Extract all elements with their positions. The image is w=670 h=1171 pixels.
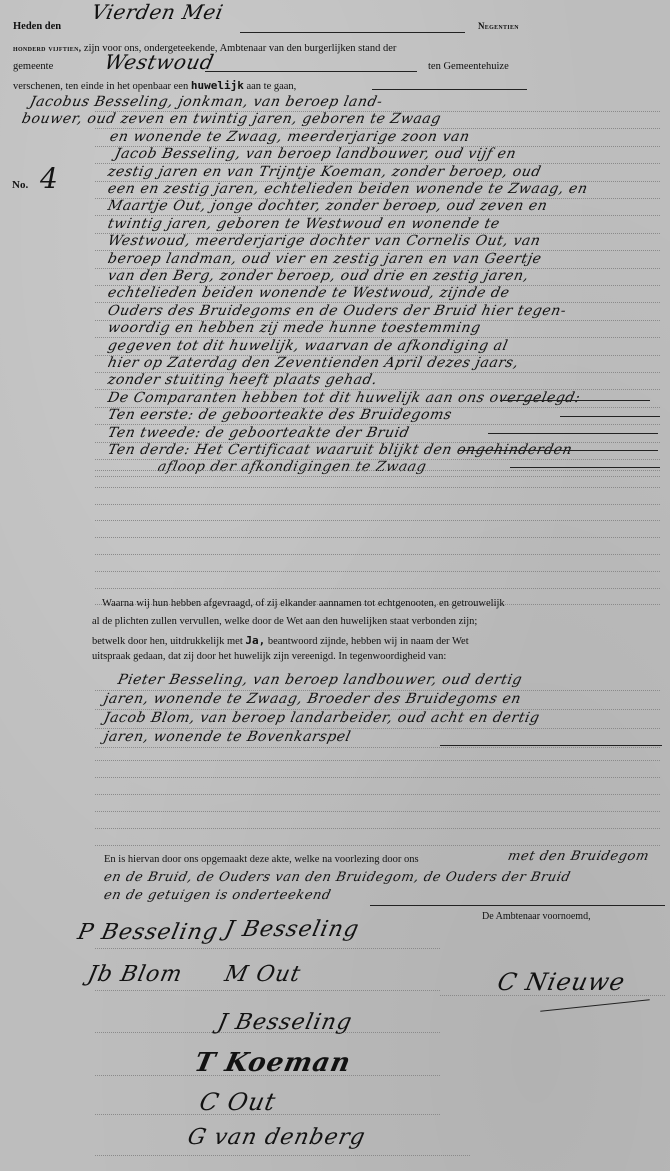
signature-g-van-den-berg: G van denberg [185, 1125, 368, 1150]
ruled-line [95, 777, 660, 778]
ruled-line [95, 811, 660, 812]
fill-line [440, 745, 662, 746]
fill-line [510, 467, 660, 468]
official-signature-flourish [540, 999, 650, 1011]
ruled-line [95, 504, 660, 505]
ruled-line [95, 588, 660, 589]
signature-t-koeman: T Koeman [192, 1048, 354, 1078]
witness-handwritten-line: Pieter Besseling, van beroep landbouwer,… [116, 672, 523, 688]
ruled-line [95, 794, 660, 795]
heden-den-label: Heden den [13, 21, 61, 32]
fill-line [488, 433, 658, 434]
declaration-line-4: uitspraak gedaan, dat zij door het huwel… [92, 651, 446, 662]
gemeente-fill-line [205, 71, 417, 72]
header-line-4: verschenen, ten einde in het openbaar ee… [13, 79, 296, 92]
closing-fill-line [370, 905, 665, 906]
declaration-line-1: Waarna wij hun hebben afgevraagd, of zij… [102, 598, 505, 609]
signature-rule [95, 1155, 470, 1156]
body-handwritten-line: Jacob Besseling, van beroep landbouwer, … [113, 146, 518, 162]
ruled-line [95, 554, 660, 555]
body-handwritten-line: afloop der afkondigingen te Zwaag [156, 459, 428, 475]
record-number-value: 4 [40, 162, 58, 195]
gemeentehuize-label: ten Gemeentehuize [428, 61, 509, 72]
gemeente-handwritten: Westwoud [102, 50, 216, 74]
body-handwritten-line: een en zestig jaren, echtelieden beiden … [106, 181, 589, 197]
signature-c-out: C Out [197, 1088, 279, 1116]
fill-line [458, 450, 658, 451]
signature-m-out: M Out [222, 962, 303, 987]
signature-rule [95, 948, 440, 949]
official-label: De Ambtenaar voornoemd, [482, 911, 591, 922]
closing-printed: En is hiervan door ons opgemaakt deze ak… [104, 854, 419, 865]
body-handwritten-line: beroep landman, oud vier en zestig jaren… [106, 251, 543, 267]
body-handwritten-line: woordig en hebben zij mede hunne toestem… [106, 320, 482, 336]
fill-line [500, 400, 650, 401]
year-label: Negentien [478, 21, 519, 31]
body-handwritten-line: van den Berg, zonder beroep, oud drie en… [106, 268, 530, 284]
signature-j-besseling-2: J Besseling [215, 1010, 354, 1035]
witness-handwritten-line: jaren, wonende te Bovenkarspel [102, 729, 352, 745]
ruled-line [95, 520, 660, 521]
body-handwritten-line: De Comparanten hebben tot dit huwelijk a… [106, 390, 582, 406]
ruled-line [95, 470, 660, 471]
body-handwritten-line: Ten tweede: de geboorteakte der Bruid [106, 425, 411, 441]
body-handwritten-line: echtelieden beiden wonende te Westwoud, … [106, 285, 511, 301]
closing-hand-3: en de getuigen is onderteekend [102, 888, 332, 903]
ruled-line [95, 760, 660, 761]
body-handwritten-line: Ouders des Bruidegoms en de Ouders der B… [106, 303, 568, 319]
body-handwritten-line: Westwoud, meerderjarige dochter van Corn… [106, 233, 542, 249]
body-handwritten-line: Jacobus Besseling, jonkman, van beroep l… [28, 94, 384, 110]
body-handwritten-line: Maartje Out, jonge dochter, zonder beroe… [106, 198, 549, 214]
body-handwritten-line: en wonende te Zwaag, meerderjarige zoon … [108, 129, 471, 145]
body-handwritten-line: bouwer, oud zeven en twintig jaren, gebo… [20, 111, 442, 127]
ruled-line [95, 487, 660, 488]
fill-line [560, 416, 660, 417]
signature-j-besseling: J Besseling [222, 917, 361, 942]
record-number-label: No. [12, 179, 28, 191]
body-handwritten-line: Ten eerste: de geboorteakte des Bruidego… [106, 407, 453, 423]
ruled-line [95, 537, 660, 538]
date-fill-line [240, 32, 465, 33]
marriage-record-page: Heden den Vierden Mei Negentien honderd … [0, 0, 670, 1171]
ruled-line [95, 476, 660, 477]
witness-handwritten-line: Jacob Blom, van beroep landarbeider, oud… [102, 710, 541, 726]
closing-hand-1: met den Bruidegom [506, 849, 650, 864]
body-handwritten-line: zestig jaren en van Trijntje Koeman, zon… [106, 164, 542, 180]
signature-jb-blom: Jb Blom [85, 962, 185, 987]
signature-official: C Nieuwe [495, 968, 628, 996]
body-handwritten-line: hier op Zaterdag den Zeventienden April … [106, 355, 520, 371]
date-handwritten: Vierden Mei [89, 0, 225, 24]
body-handwritten-line: twintig jaren, geboren te Westwoud en wo… [106, 216, 501, 232]
ruled-line [95, 571, 660, 572]
header-fill-line [372, 89, 527, 90]
ruled-line [95, 828, 660, 829]
witness-handwritten-line: jaren, wonende te Zwaag, Broeder des Bru… [102, 691, 522, 707]
declaration-line-2: al de plichten zullen vervullen, welke d… [92, 616, 477, 627]
body-handwritten-line: gegeven tot dit huwelijk, waarvan de afk… [106, 338, 509, 354]
ruled-line [95, 845, 660, 846]
signature-p-besseling: P Besseling [75, 920, 220, 945]
signature-rule [95, 990, 440, 991]
closing-hand-2: en de Bruid, de Ouders van den Bruidegom… [102, 870, 572, 885]
gemeente-label: gemeente [13, 61, 53, 72]
body-handwritten-line: zonder stuiting heeft plaats gehad. [106, 372, 379, 388]
declaration-line-3: betwelk door hen, uitdrukkelijk met Ja, … [92, 634, 469, 647]
ruled-line [95, 747, 660, 748]
